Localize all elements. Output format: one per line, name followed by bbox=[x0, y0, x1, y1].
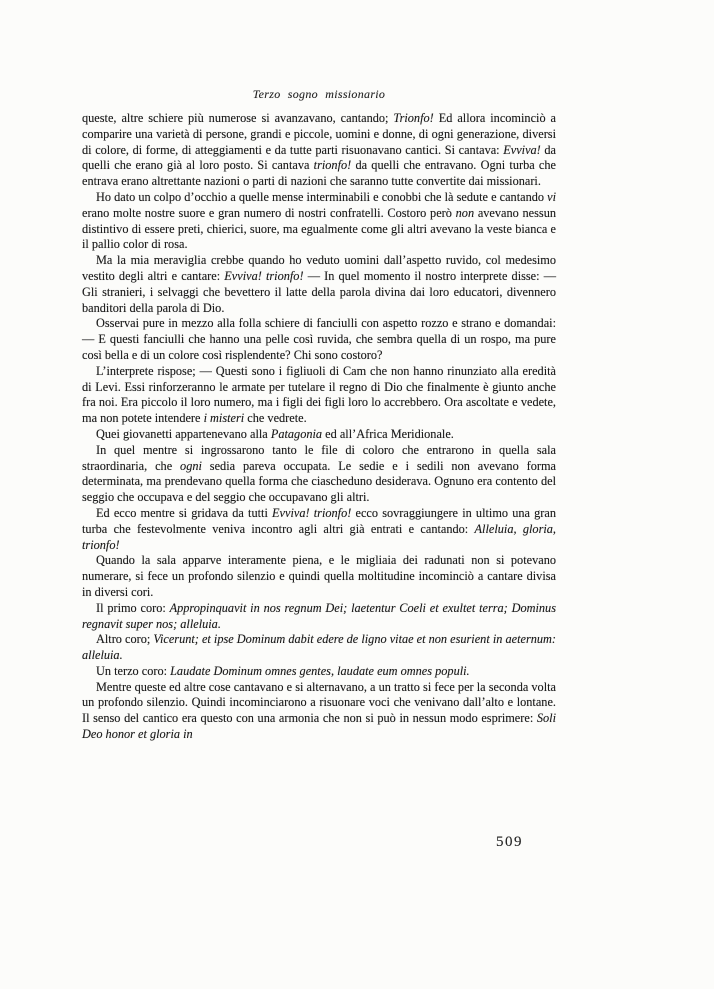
page-number: 509 bbox=[496, 834, 523, 851]
text-run-italic: i misteri bbox=[204, 411, 245, 425]
paragraph: Un terzo coro: Laudate Dominum omnes gen… bbox=[82, 664, 556, 680]
paragraph: Osservai pure in mezzo alla folla schier… bbox=[82, 316, 556, 363]
paragraph: Ed ecco mentre si gridava da tutti Evviv… bbox=[82, 506, 556, 553]
text-run: Il primo coro: bbox=[96, 601, 170, 615]
paragraph: queste, altre schiere più numerose si av… bbox=[82, 111, 556, 190]
text-run: Ed ecco mentre si gridava da tutti bbox=[96, 506, 272, 520]
text-run: Quei giovanetti appartenevano alla bbox=[96, 427, 271, 441]
text-run-italic: Evviva! trionfo! bbox=[224, 269, 303, 283]
text-run-italic: non bbox=[456, 206, 474, 220]
text-run-italic: Laudate Dominum omnes gentes, laudate eu… bbox=[170, 664, 470, 678]
text-run: Ho dato un colpo d’occhio a quelle mense… bbox=[96, 190, 547, 204]
book-page: Terzo sogno missionario queste, altre sc… bbox=[0, 0, 714, 989]
text-run-italic: Evviva! bbox=[503, 143, 541, 157]
text-run-italic: Evviva! trionfo! bbox=[272, 506, 351, 520]
running-header: Terzo sogno missionario bbox=[82, 87, 556, 102]
text-run: L’interprete rispose; — Questi sono i fi… bbox=[82, 364, 556, 425]
text-run: Mentre queste ed altre cose cantavano e … bbox=[82, 680, 556, 726]
paragraph: Quando la sala apparve interamente piena… bbox=[82, 553, 556, 600]
text-run: Osservai pure in mezzo alla folla schier… bbox=[82, 316, 556, 362]
text-run: che vedrete. bbox=[244, 411, 306, 425]
text-run-italic: Patagonia bbox=[271, 427, 322, 441]
text-run-italic: ogni bbox=[180, 459, 202, 473]
paragraph: Il primo coro: Appropinquavit in nos reg… bbox=[82, 601, 556, 633]
paragraph: In quel mentre si ingrossarono tanto le … bbox=[82, 443, 556, 506]
text-run: erano molte nostre suore e gran numero d… bbox=[82, 206, 456, 220]
paragraph: Ma la mia meraviglia crebbe quando ho ve… bbox=[82, 253, 556, 316]
paragraph: Mentre queste ed altre cose cantavano e … bbox=[82, 680, 556, 743]
text-block: queste, altre schiere più numerose si av… bbox=[82, 111, 556, 743]
text-run: ed all’Africa Meridionale. bbox=[322, 427, 454, 441]
text-run-italic: trionfo! bbox=[314, 158, 352, 172]
paragraph: Quei giovanetti appartenevano alla Patag… bbox=[82, 427, 556, 443]
paragraph: L’interprete rispose; — Questi sono i fi… bbox=[82, 364, 556, 427]
text-run: Un terzo coro: bbox=[96, 664, 170, 678]
text-run-italic: Trionfo! bbox=[393, 111, 433, 125]
text-run: queste, altre schiere più numerose si av… bbox=[82, 111, 393, 125]
paragraph: Altro coro; Vicerunt; et ipse Dominum da… bbox=[82, 632, 556, 664]
paragraph: Ho dato un colpo d’occhio a quelle mense… bbox=[82, 190, 556, 253]
text-run: Quando la sala apparve interamente piena… bbox=[82, 553, 556, 599]
text-run-italic: Vicerunt; et ipse Dominum dabit edere de… bbox=[82, 632, 556, 662]
text-run: Altro coro; bbox=[96, 632, 153, 646]
text-run-italic: vi bbox=[547, 190, 556, 204]
